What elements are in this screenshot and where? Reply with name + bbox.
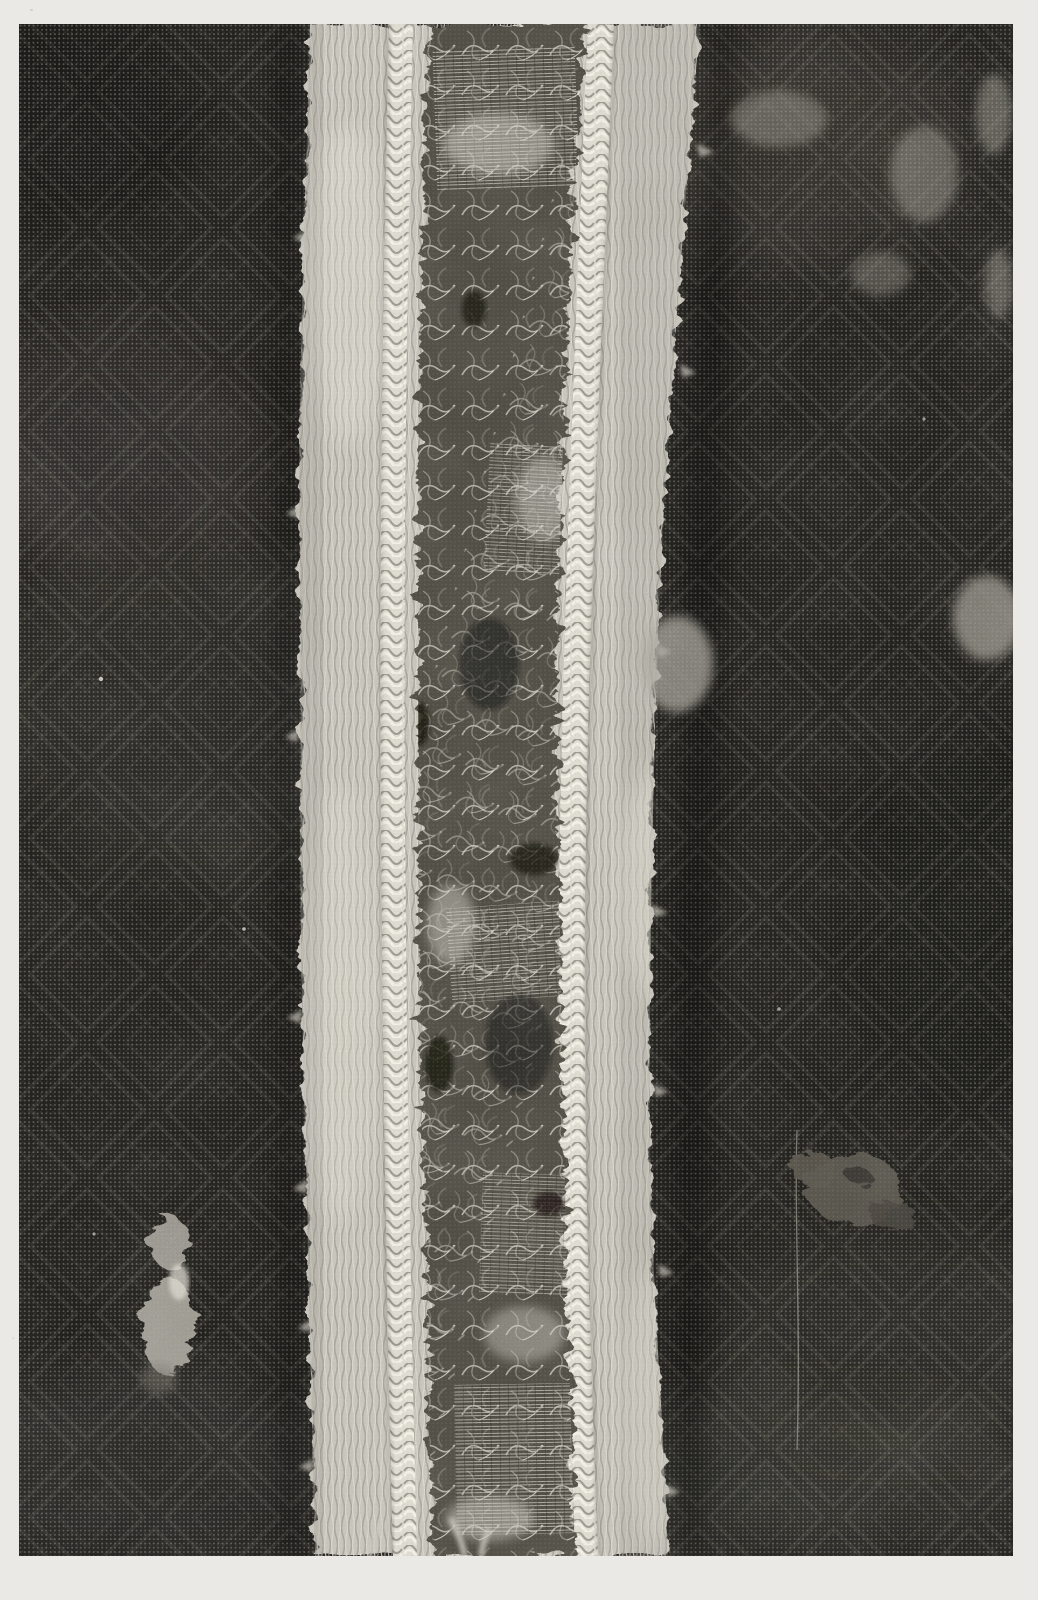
- film-grain-overlay: [19, 24, 1013, 1556]
- textile-photograph: [19, 24, 1013, 1556]
- textile-photo-canvas: [19, 24, 1013, 1556]
- margin-speck: [30, 9, 33, 11]
- page-background: [0, 0, 1038, 1600]
- margin-speck: [12, 1337, 14, 1339]
